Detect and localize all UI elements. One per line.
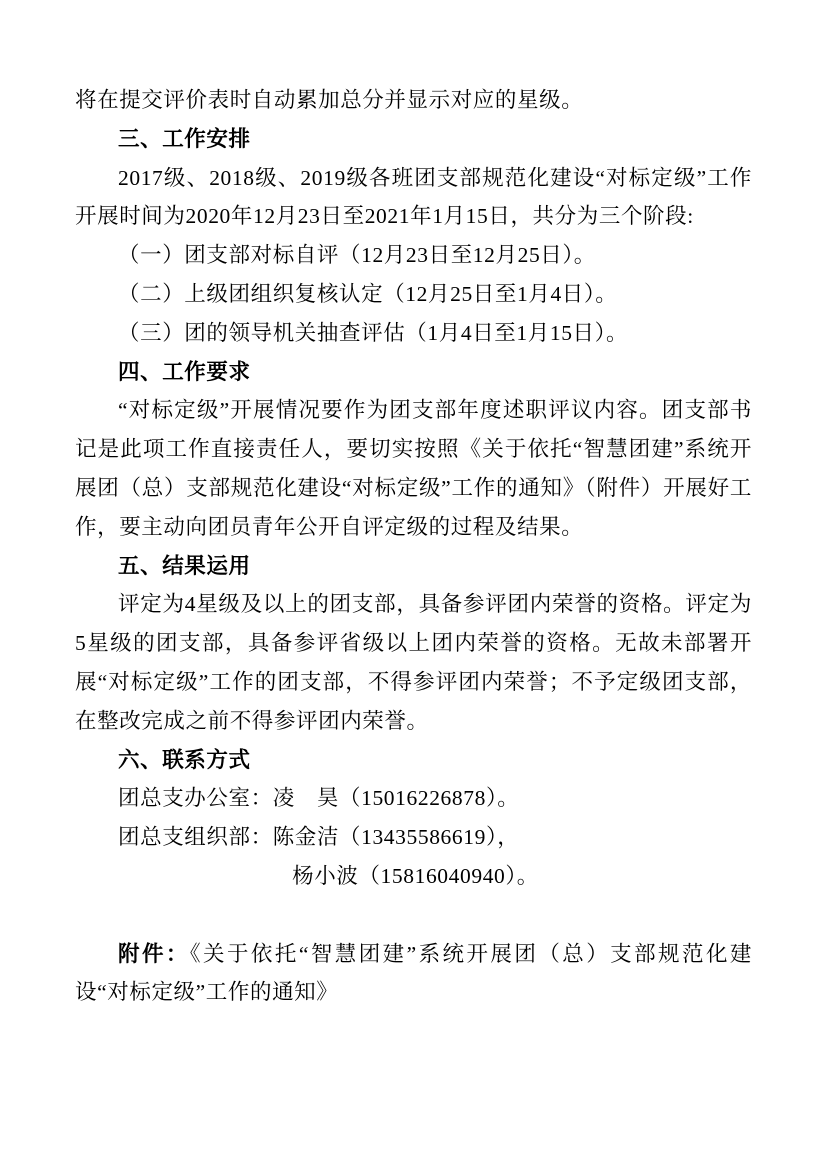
- attachment-label: 附件：: [118, 942, 190, 966]
- paragraph-result-usage: 评定为4星级及以上的团支部，具备参评团内荣誉的资格。评定为5星级的团支部，具备参…: [75, 585, 752, 740]
- attachment-line: 附件：《关于依托“智慧团建”系统开展团（总）支部规范化建设“对标定级”工作的通知…: [75, 935, 752, 1013]
- paragraph-schedule-intro: 2017级、2018级、2019级各班团支部规范化建设“对标定级”工作开展时间为…: [75, 159, 752, 237]
- paragraph-contact-org: 团总支组织部：陈金洁（13435586619），: [75, 818, 752, 857]
- paragraph-stage-2: （二）上级团组织复核认定（12月25日至1月4日）。: [75, 275, 752, 314]
- heading-work-schedule: 三、工作安排: [75, 120, 752, 159]
- paragraph-stage-3: （三）团的领导机关抽查评估（1月4日至1月15日）。: [75, 314, 752, 353]
- heading-result-usage: 五、结果运用: [75, 547, 752, 586]
- heading-contact-info: 六、联系方式: [75, 741, 752, 780]
- paragraph-contact-office: 团总支办公室：凌 昊（15016226878）。: [75, 779, 752, 818]
- paragraph-contact-org-continued: 杨小波（15816040940）。: [75, 857, 752, 896]
- paragraph-requirements: “对标定级”开展情况要作为团支部年度述职评议内容。团支部书记是此项工作直接责任人…: [75, 391, 752, 546]
- paragraph-continuation: 将在提交评价表时自动累加总分并显示对应的星级。: [75, 81, 752, 120]
- page: 将在提交评价表时自动累加总分并显示对应的星级。 三、工作安排 2017级、201…: [0, 0, 827, 1169]
- paragraph-stage-1: （一）团支部对标自评（12月23日至12月25日）。: [75, 236, 752, 275]
- document-page: { "page": { "background_color": "#ffffff…: [0, 0, 827, 1169]
- heading-work-requirements: 四、工作要求: [75, 353, 752, 392]
